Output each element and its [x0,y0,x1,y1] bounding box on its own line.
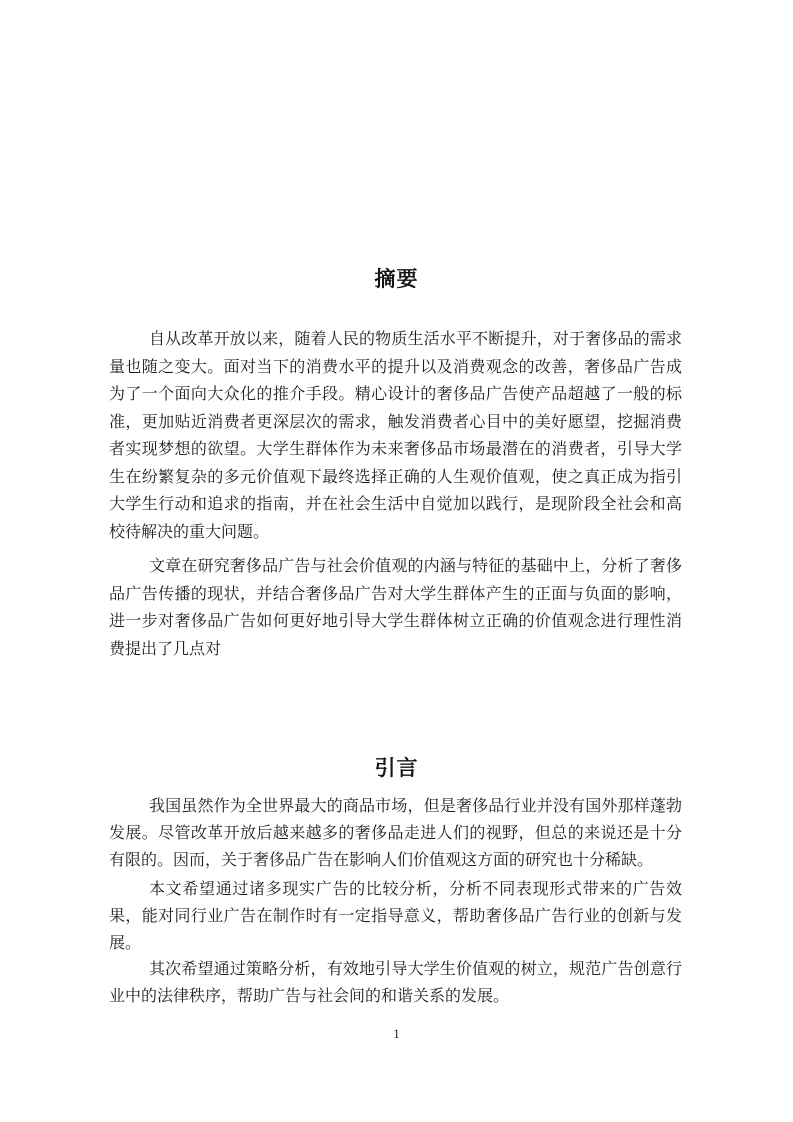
introduction-paragraph-1: 我国虽然作为全世界最大的商品市场，但是奢侈品行业并没有国外那样蓬勃发展。尽管改革… [109,793,682,874]
introduction-title: 引言 [0,753,793,783]
abstract-title: 摘要 [0,264,793,294]
page-number: 1 [0,1026,793,1042]
abstract-paragraph-2: 文章在研究奢侈品广告与社会价值观的内涵与特征的基础中上，分析了奢侈品广告传播的现… [109,553,682,663]
abstract-paragraph-1: 自从改革开放以来，随着人民的物质生活水平不断提升，对于奢侈品的需求量也随之变大。… [109,326,682,546]
introduction-paragraph-2: 本文希望通过诸多现实广告的比较分析，分析不同表现形式带来的广告效果，能对同行业广… [109,876,682,957]
introduction-paragraph-3: 其次希望通过策略分析，有效地引导大学生价值观的树立，规范广告创意行业中的法律秩序… [109,956,682,1010]
document-page: 摘要 自从改革开放以来，随着人民的物质生活水平不断提升，对于奢侈品的需求量也随之… [0,0,793,1122]
